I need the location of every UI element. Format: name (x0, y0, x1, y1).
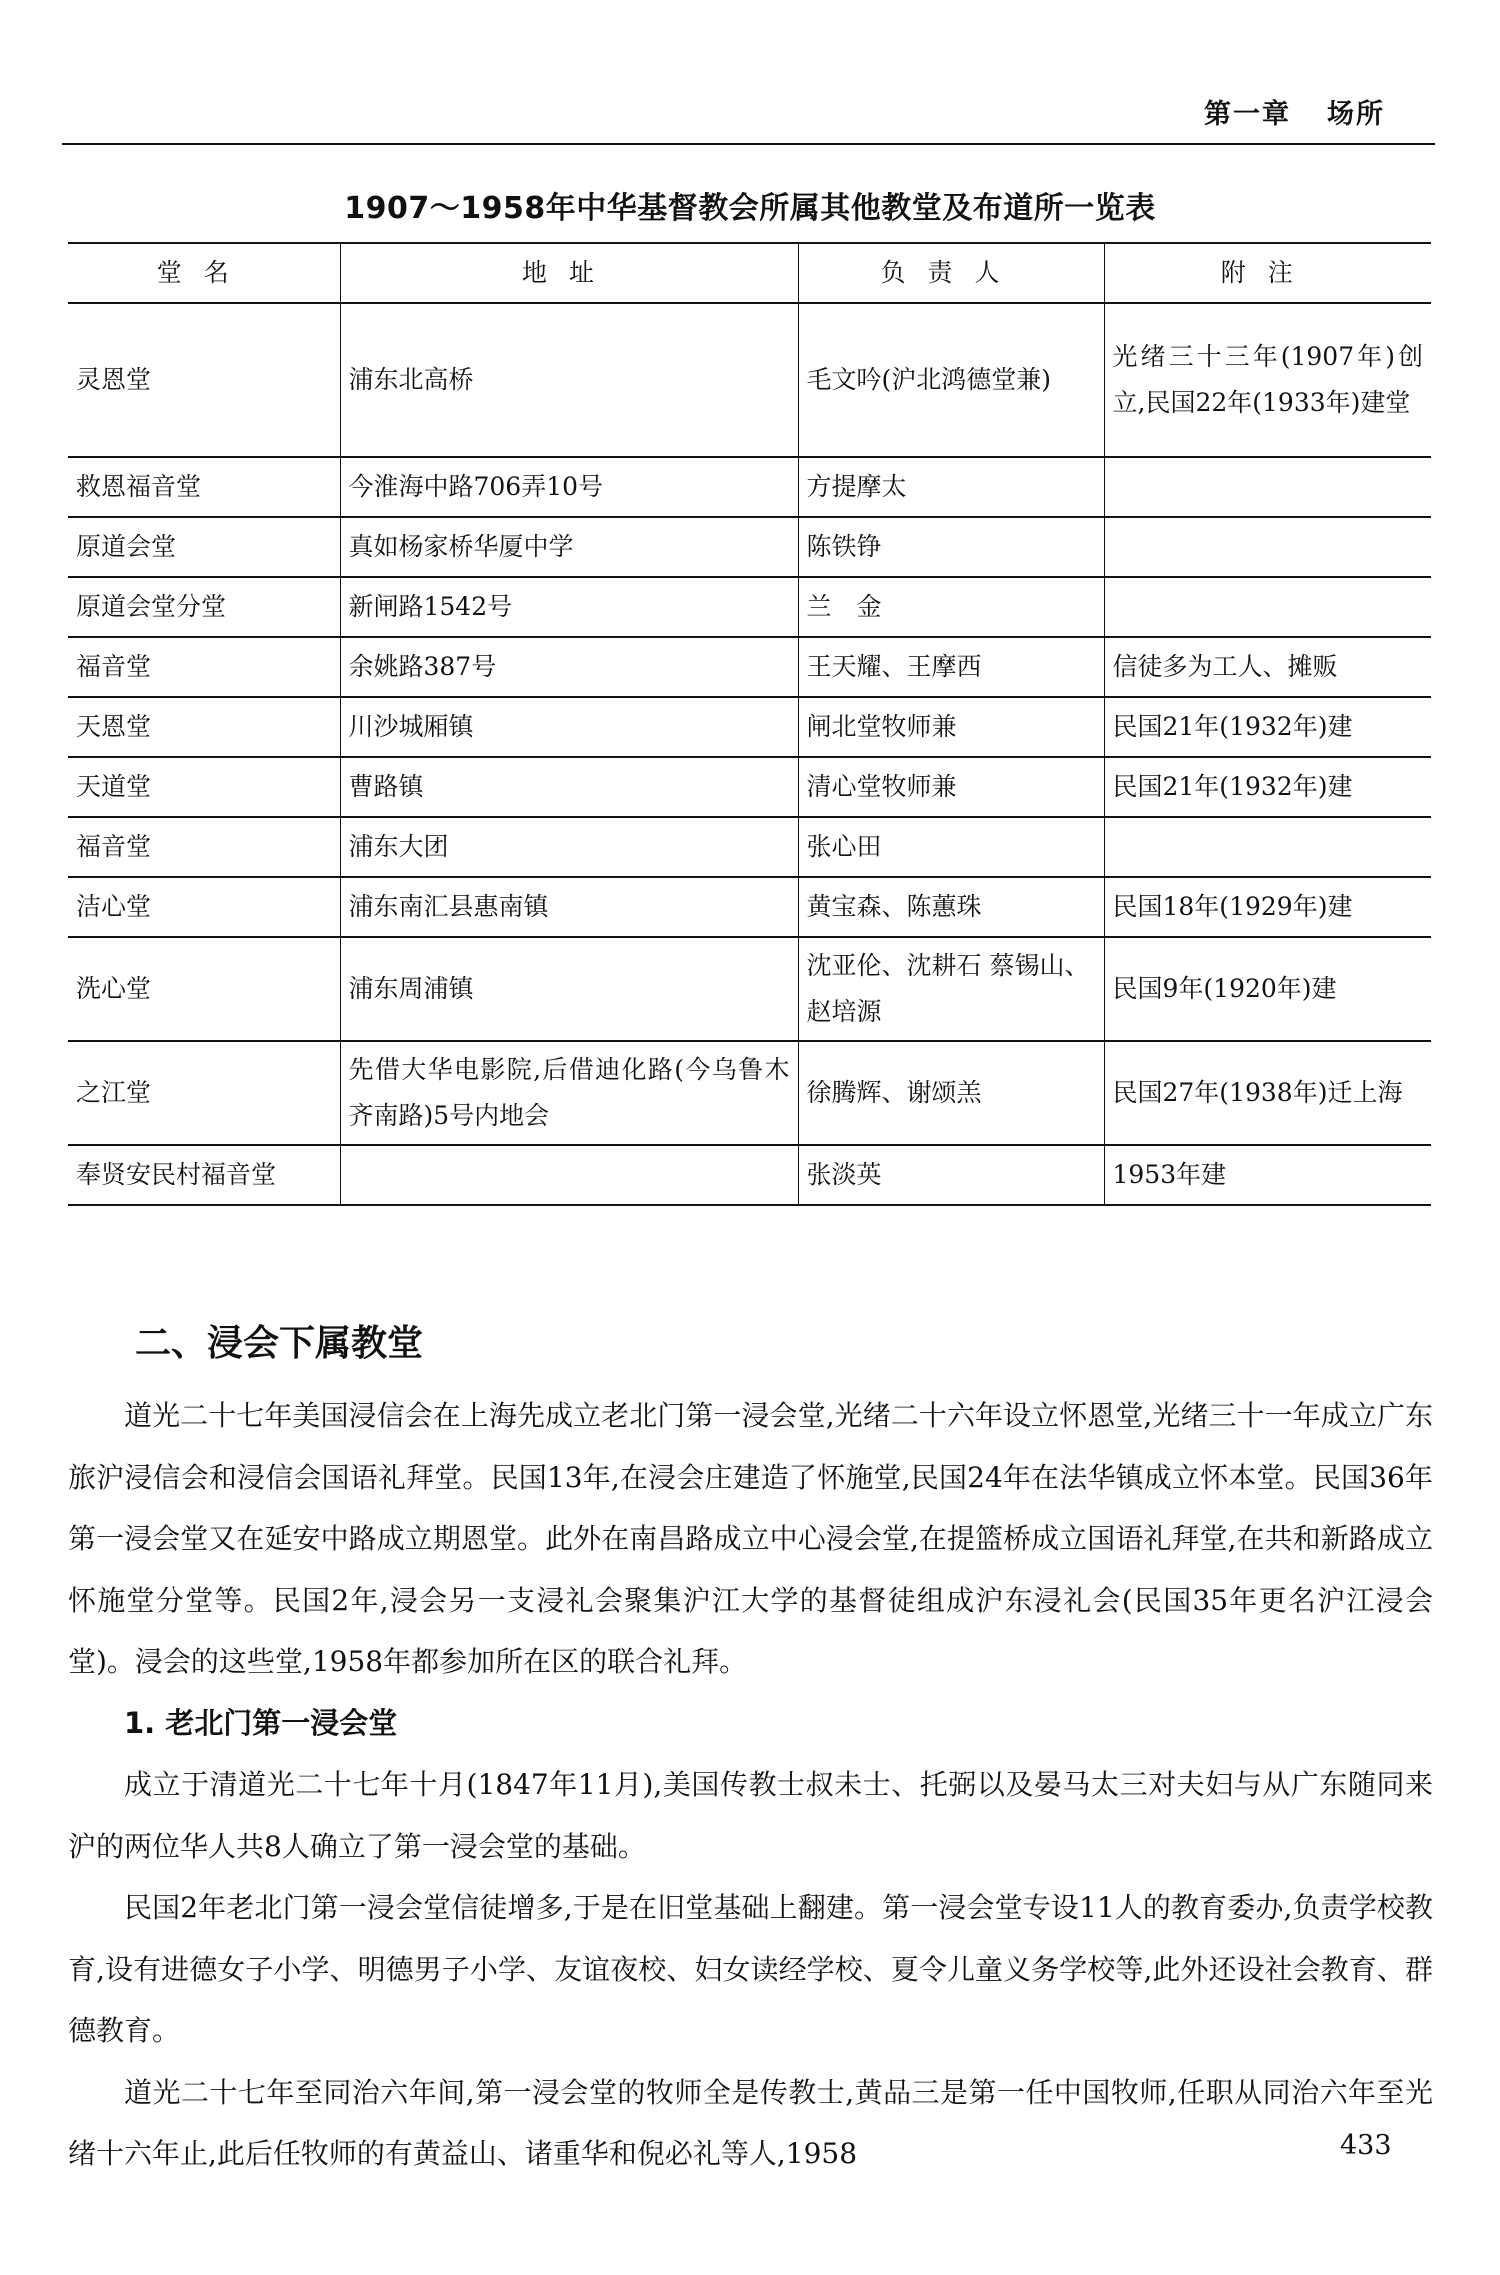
table-row: 洗心堂 浦东周浦镇 沈亚伦、沈耕石 蔡锡山、赵培源 民国9年(1920年)建 (68, 937, 1431, 1041)
cell-address: 新闸路1542号 (340, 577, 798, 637)
table-row: 福音堂 余姚路387号 王天耀、王摩西 信徒多为工人、摊贩 (68, 637, 1431, 697)
header-rule (62, 143, 1435, 145)
cell-address: 真如杨家桥华厦中学 (340, 517, 798, 577)
cell-person: 张心田 (798, 817, 1104, 877)
cell-address: 曹路镇 (340, 757, 798, 817)
cell-note: 光绪三十三年(1907年)创立,民国22年(1933年)建堂 (1104, 303, 1431, 457)
cell-note: 信徒多为工人、摊贩 (1104, 637, 1431, 697)
table-header-row: 堂名 地址 负责人 附注 (68, 243, 1431, 303)
cell-note: 民国21年(1932年)建 (1104, 757, 1431, 817)
table-row: 原道会堂分堂 新闸路1542号 兰 金 (68, 577, 1431, 637)
cell-name: 福音堂 (68, 637, 340, 697)
cell-address: 浦东北高桥 (340, 303, 798, 457)
cell-person: 徐腾辉、谢颂羔 (798, 1041, 1104, 1145)
cell-person: 方提摩太 (798, 457, 1104, 517)
cell-note: 民国9年(1920年)建 (1104, 937, 1431, 1041)
cell-note (1104, 457, 1431, 517)
cell-name: 灵恩堂 (68, 303, 340, 457)
cell-name: 洗心堂 (68, 937, 340, 1041)
cell-note (1104, 817, 1431, 877)
cell-person: 清心堂牧师兼 (798, 757, 1104, 817)
cell-name: 天恩堂 (68, 697, 340, 757)
paragraph: 民国2年老北门第一浸会堂信徒增多,于是在旧堂基础上翻建。第一浸会堂专设11人的教… (68, 1877, 1433, 2062)
table-row: 天道堂 曹路镇 清心堂牧师兼 民国21年(1932年)建 (68, 757, 1431, 817)
cell-address: 先借大华电影院,后借迪化路(今乌鲁木齐南路)5号内地会 (340, 1041, 798, 1145)
table-title: 1907～1958年中华基督教会所属其他教堂及布道所一览表 (0, 183, 1500, 227)
cell-name: 天道堂 (68, 757, 340, 817)
cell-person: 张淡英 (798, 1145, 1104, 1205)
page-number: 433 (1340, 2130, 1392, 2161)
section-heading: 二、浸会下属教堂 (135, 1315, 423, 1366)
cell-address: 今淮海中路706弄10号 (340, 457, 798, 517)
cell-name: 奉贤安民村福音堂 (68, 1145, 340, 1205)
cell-note: 民国21年(1932年)建 (1104, 697, 1431, 757)
cell-address: 浦东大团 (340, 817, 798, 877)
cell-note: 1953年建 (1104, 1145, 1431, 1205)
cell-note: 民国18年(1929年)建 (1104, 877, 1431, 937)
cell-name: 福音堂 (68, 817, 340, 877)
cell-address: 浦东南汇县惠南镇 (340, 877, 798, 937)
table-row: 奉贤安民村福音堂 张淡英 1953年建 (68, 1145, 1431, 1205)
cell-person: 毛文吟(沪北鸿德堂兼) (798, 303, 1104, 457)
intro-paragraph: 道光二十七年美国浸信会在上海先成立老北门第一浸会堂,光绪二十六年设立怀恩堂,光绪… (68, 1385, 1433, 1693)
cell-person: 闸北堂牧师兼 (798, 697, 1104, 757)
cell-person: 陈铁铮 (798, 517, 1104, 577)
church-directory-table: 堂名 地址 负责人 附注 灵恩堂 浦东北高桥 毛文吟(沪北鸿德堂兼) 光绪三十三… (68, 242, 1431, 1206)
cell-person: 黄宝森、陈蕙珠 (798, 877, 1104, 937)
header-note: 附注 (1104, 243, 1431, 303)
table-row: 灵恩堂 浦东北高桥 毛文吟(沪北鸿德堂兼) 光绪三十三年(1907年)创立,民国… (68, 303, 1431, 457)
subsection-heading: 1. 老北门第一浸会堂 (68, 1693, 1433, 1755)
header-address: 地址 (340, 243, 798, 303)
cell-name: 原道会堂分堂 (68, 577, 340, 637)
table-row: 之江堂 先借大华电影院,后借迪化路(今乌鲁木齐南路)5号内地会 徐腾辉、谢颂羔 … (68, 1041, 1431, 1145)
cell-address (340, 1145, 798, 1205)
chapter-title: 场所 (1327, 99, 1385, 130)
table-row: 救恩福音堂 今淮海中路706弄10号 方提摩太 (68, 457, 1431, 517)
cell-person: 兰 金 (798, 577, 1104, 637)
header-person: 负责人 (798, 243, 1104, 303)
cell-note: 民国27年(1938年)迁上海 (1104, 1041, 1431, 1145)
body-text: 道光二十七年美国浸信会在上海先成立老北门第一浸会堂,光绪二十六年设立怀恩堂,光绪… (68, 1385, 1433, 2185)
cell-name: 之江堂 (68, 1041, 340, 1145)
cell-name: 救恩福音堂 (68, 457, 340, 517)
table-row: 天恩堂 川沙城厢镇 闸北堂牧师兼 民国21年(1932年)建 (68, 697, 1431, 757)
chapter-label: 第一章 (1204, 99, 1291, 130)
cell-person: 王天耀、王摩西 (798, 637, 1104, 697)
header-name: 堂名 (68, 243, 340, 303)
cell-name: 原道会堂 (68, 517, 340, 577)
cell-address: 川沙城厢镇 (340, 697, 798, 757)
cell-note (1104, 517, 1431, 577)
running-head: 第一章场所 (1204, 92, 1385, 131)
paragraph: 道光二十七年至同治六年间,第一浸会堂的牧师全是传教士,黄品三是第一任中国牧师,任… (68, 2062, 1433, 2185)
cell-person: 沈亚伦、沈耕石 蔡锡山、赵培源 (798, 937, 1104, 1041)
table-row: 洁心堂 浦东南汇县惠南镇 黄宝森、陈蕙珠 民国18年(1929年)建 (68, 877, 1431, 937)
cell-address: 浦东周浦镇 (340, 937, 798, 1041)
paragraph: 成立于清道光二十七年十月(1847年11月),美国传教士叔未士、托弼以及晏马太三… (68, 1754, 1433, 1877)
cell-name: 洁心堂 (68, 877, 340, 937)
table-row: 福音堂 浦东大团 张心田 (68, 817, 1431, 877)
cell-note (1104, 577, 1431, 637)
cell-address: 余姚路387号 (340, 637, 798, 697)
table-row: 原道会堂 真如杨家桥华厦中学 陈铁铮 (68, 517, 1431, 577)
